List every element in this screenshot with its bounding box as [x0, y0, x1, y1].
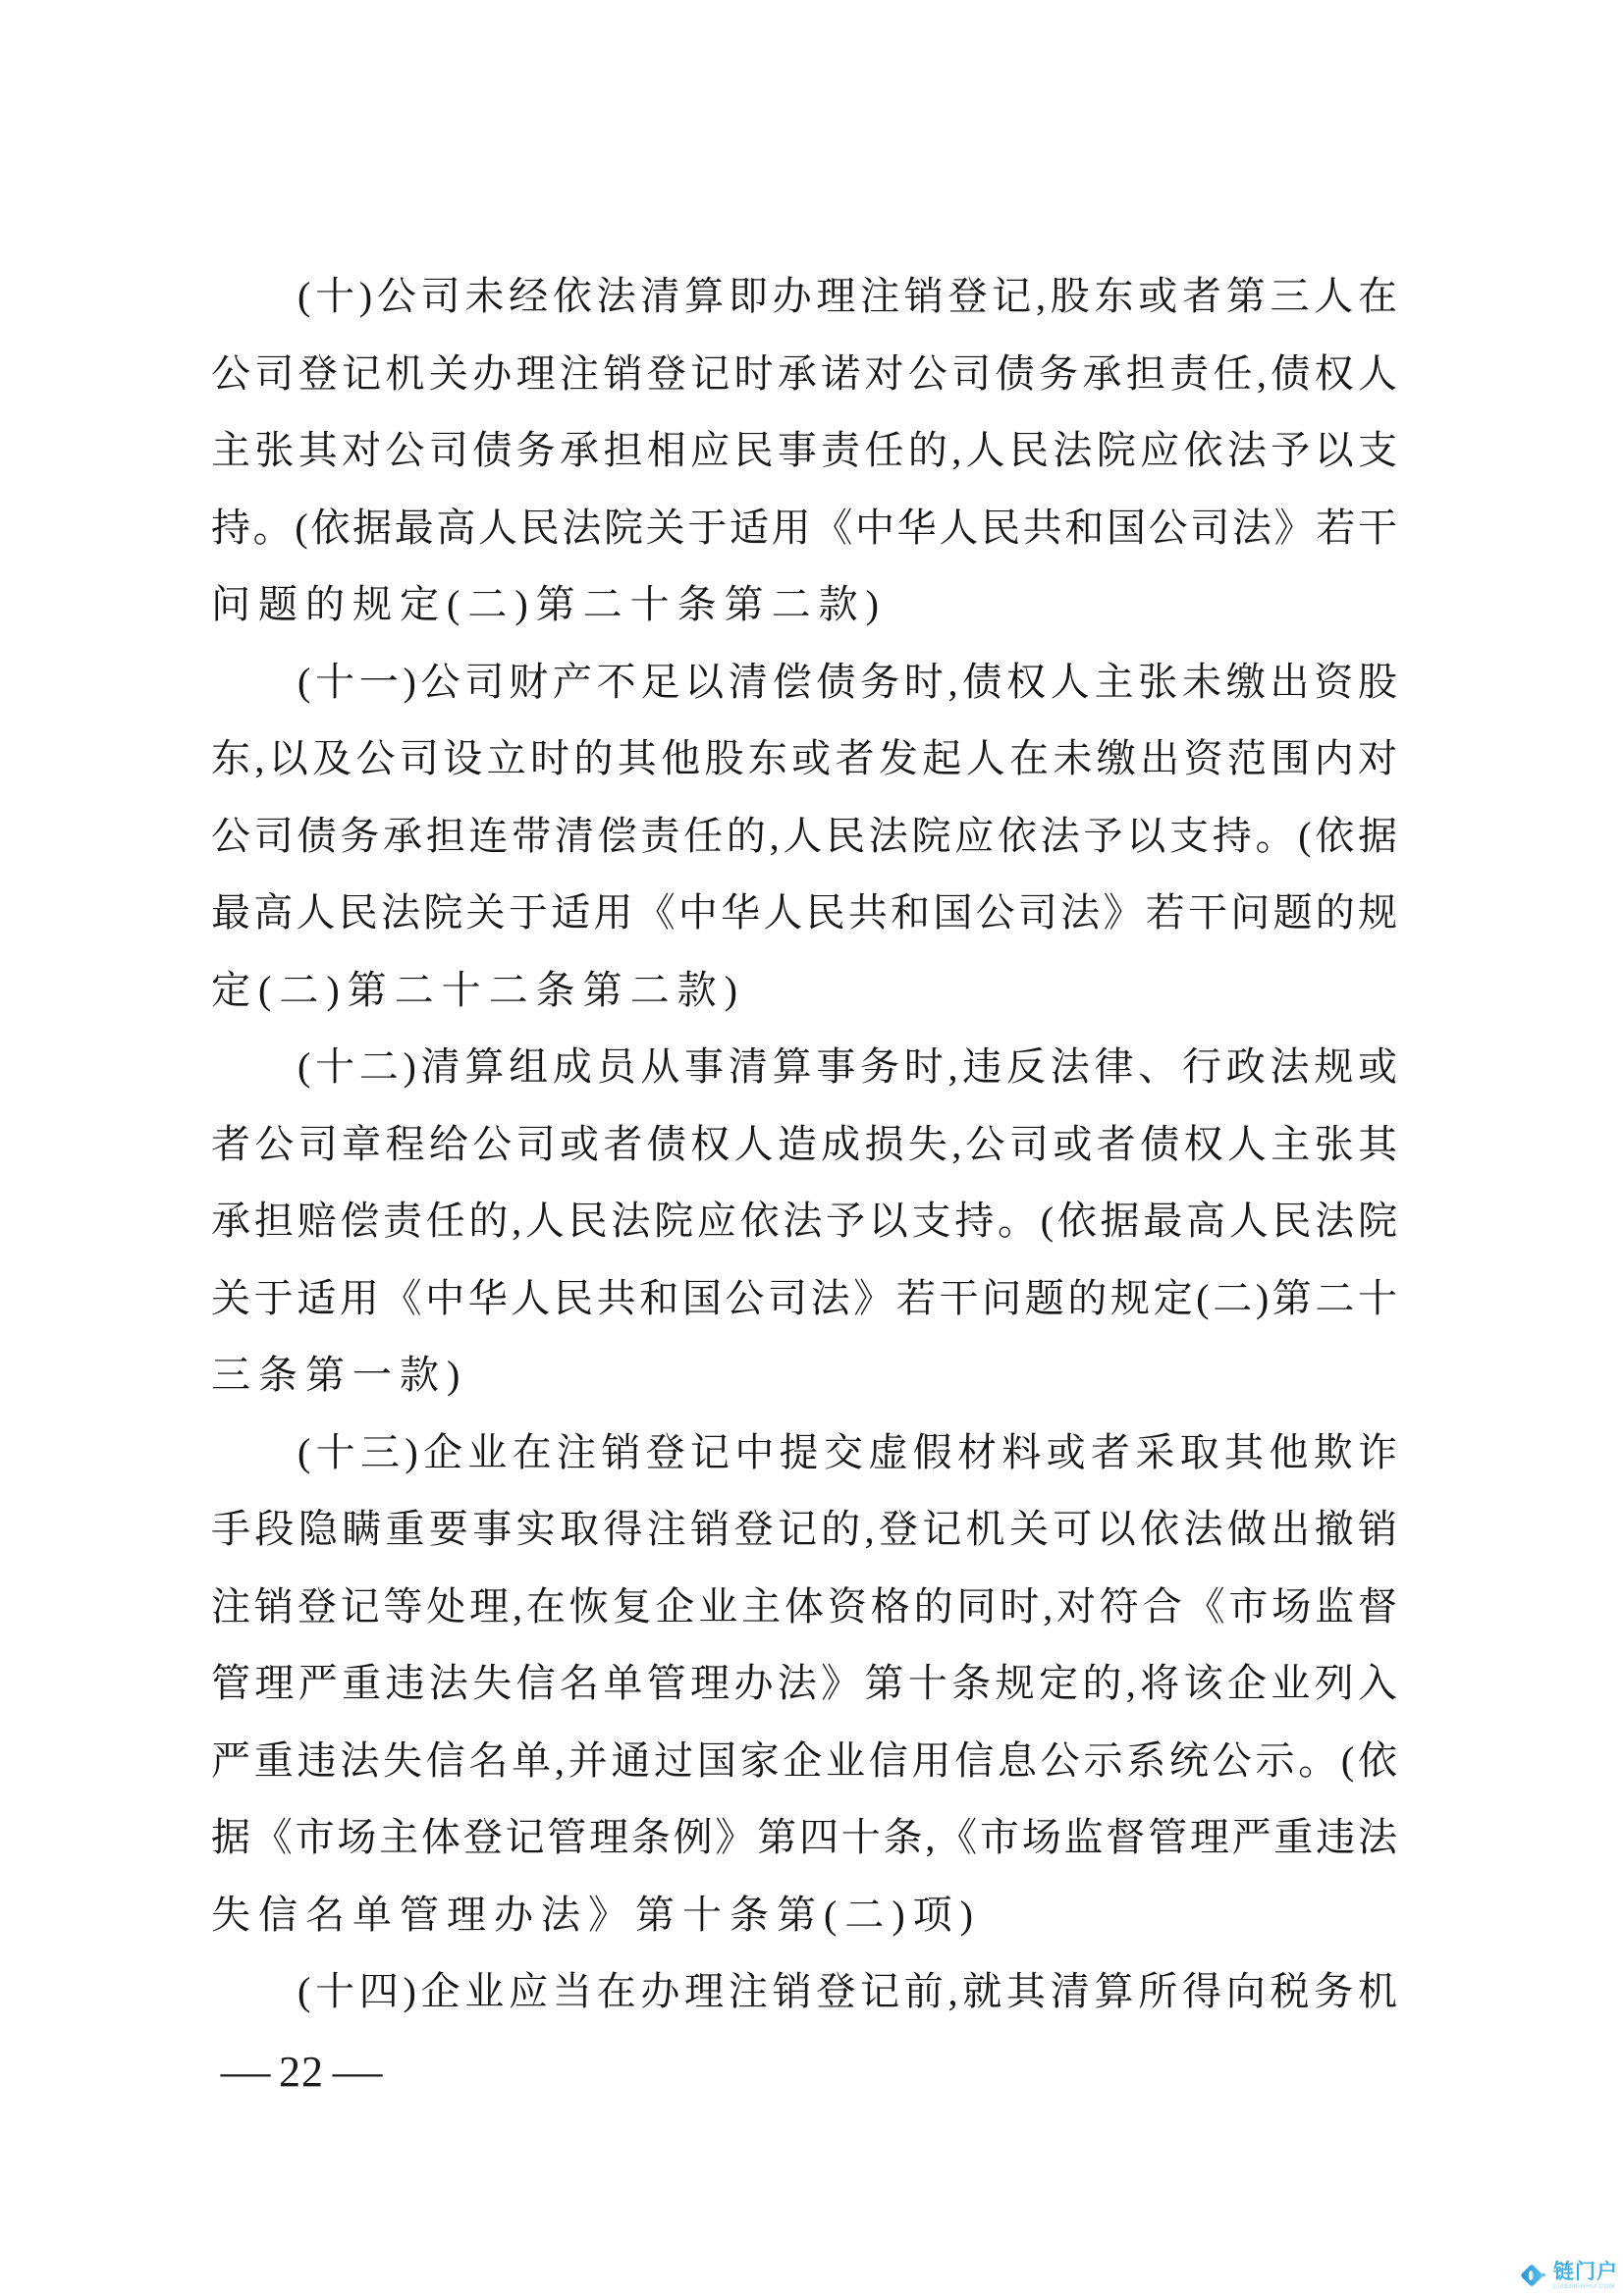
watermark-domain: LIANMENHU.COM	[1553, 2284, 1618, 2291]
text-line: (十四)企业应当在办理注销登记前,就其清算所得向税务机	[211, 1953, 1397, 2031]
document-page: (十)公司未经依法清算即办理注销登记,股东或者第三人在 公司登记机关办理注销登记…	[0, 0, 1623, 2296]
paragraph-11: (十一)公司财产不足以清偿债务时,债权人主张未缴出资股 东,以及公司设立时的其他…	[211, 644, 1397, 1030]
page-number: — 22 —	[224, 2044, 379, 2099]
text-line: 关于适用《中华人民共和国公司法》若干问题的规定(二)第二十	[211, 1260, 1397, 1338]
text-line: 承担赔偿责任的,人民法院应依法予以支持。(依据最高人民法院	[211, 1183, 1397, 1260]
document-body: (十)公司未经依法清算即办理注销登记,股东或者第三人在 公司登记机关办理注销登记…	[211, 258, 1397, 2031]
text-line: (十二)清算组成员从事清算事务时,违反法律、行政法规或	[211, 1029, 1397, 1106]
paragraph-10: (十)公司未经依法清算即办理注销登记,股东或者第三人在 公司登记机关办理注销登记…	[211, 258, 1397, 644]
text-line: 公司登记机关办理注销登记时承诺对公司债务承担责任,债权人	[211, 336, 1397, 413]
paragraph-14: (十四)企业应当在办理注销登记前,就其清算所得向税务机	[211, 1953, 1397, 2031]
text-line: 三条第一款)	[211, 1337, 1397, 1415]
text-line: 问题的规定(二)第二十条第二款)	[211, 566, 1397, 644]
text-line: 定(二)第二十二条第二款)	[211, 952, 1397, 1030]
page-number-dash: —	[221, 2047, 271, 2097]
text-line: (十)公司未经依法清算即办理注销登记,股东或者第三人在	[211, 258, 1397, 336]
text-line: (十三)企业在注销登记中提交虚假材料或者采取其他欺诈	[211, 1415, 1397, 1492]
page-number-value: 22	[279, 2047, 324, 2097]
text-line: 持。(依据最高人民法院关于适用《中华人民共和国公司法》若干	[211, 490, 1397, 567]
text-line: 东,以及公司设立时的其他股东或者发起人在未缴出资范围内对	[211, 721, 1397, 798]
page-number-dash: —	[333, 2047, 383, 2097]
lianmenhu-logo-icon	[1518, 2262, 1547, 2291]
watermark-text: 链门户 LIANMENHU.COM	[1553, 2262, 1618, 2291]
text-line: 据《市场主体登记管理条例》第四十条,《市场监督管理严重违法	[211, 1799, 1397, 1877]
text-line: 手段隐瞒重要事实取得注销登记的,登记机关可以依法做出撤销	[211, 1491, 1397, 1569]
paragraph-13: (十三)企业在注销登记中提交虚假材料或者采取其他欺诈 手段隐瞒重要事实取得注销登…	[211, 1415, 1397, 1954]
text-line: 注销登记等处理,在恢复企业主体资格的同时,对符合《市场监督	[211, 1569, 1397, 1646]
text-line: 管理严重违法失信名单管理办法》第十条规定的,将该企业列入	[211, 1645, 1397, 1723]
watermark-brand: 链门户	[1553, 2262, 1618, 2282]
text-line: 主张其对公司债务承担相应民事责任的,人民法院应依法予以支	[211, 412, 1397, 490]
watermark: 链门户 LIANMENHU.COM	[1518, 2262, 1618, 2291]
text-line: 最高人民法院关于适用《中华人民共和国公司法》若干问题的规	[211, 875, 1397, 952]
text-line: 失信名单管理办法》第十条第(二)项)	[211, 1877, 1397, 1954]
text-line: 严重违法失信名单,并通过国家企业信用信息公示系统公示。(依	[211, 1723, 1397, 1800]
text-line: 者公司章程给公司或者债权人造成损失,公司或者债权人主张其	[211, 1106, 1397, 1184]
text-line: (十一)公司财产不足以清偿债务时,债权人主张未缴出资股	[211, 644, 1397, 721]
paragraph-12: (十二)清算组成员从事清算事务时,违反法律、行政法规或 者公司章程给公司或者债权…	[211, 1029, 1397, 1415]
text-line: 公司债务承担连带清偿责任的,人民法院应依法予以支持。(依据	[211, 798, 1397, 876]
